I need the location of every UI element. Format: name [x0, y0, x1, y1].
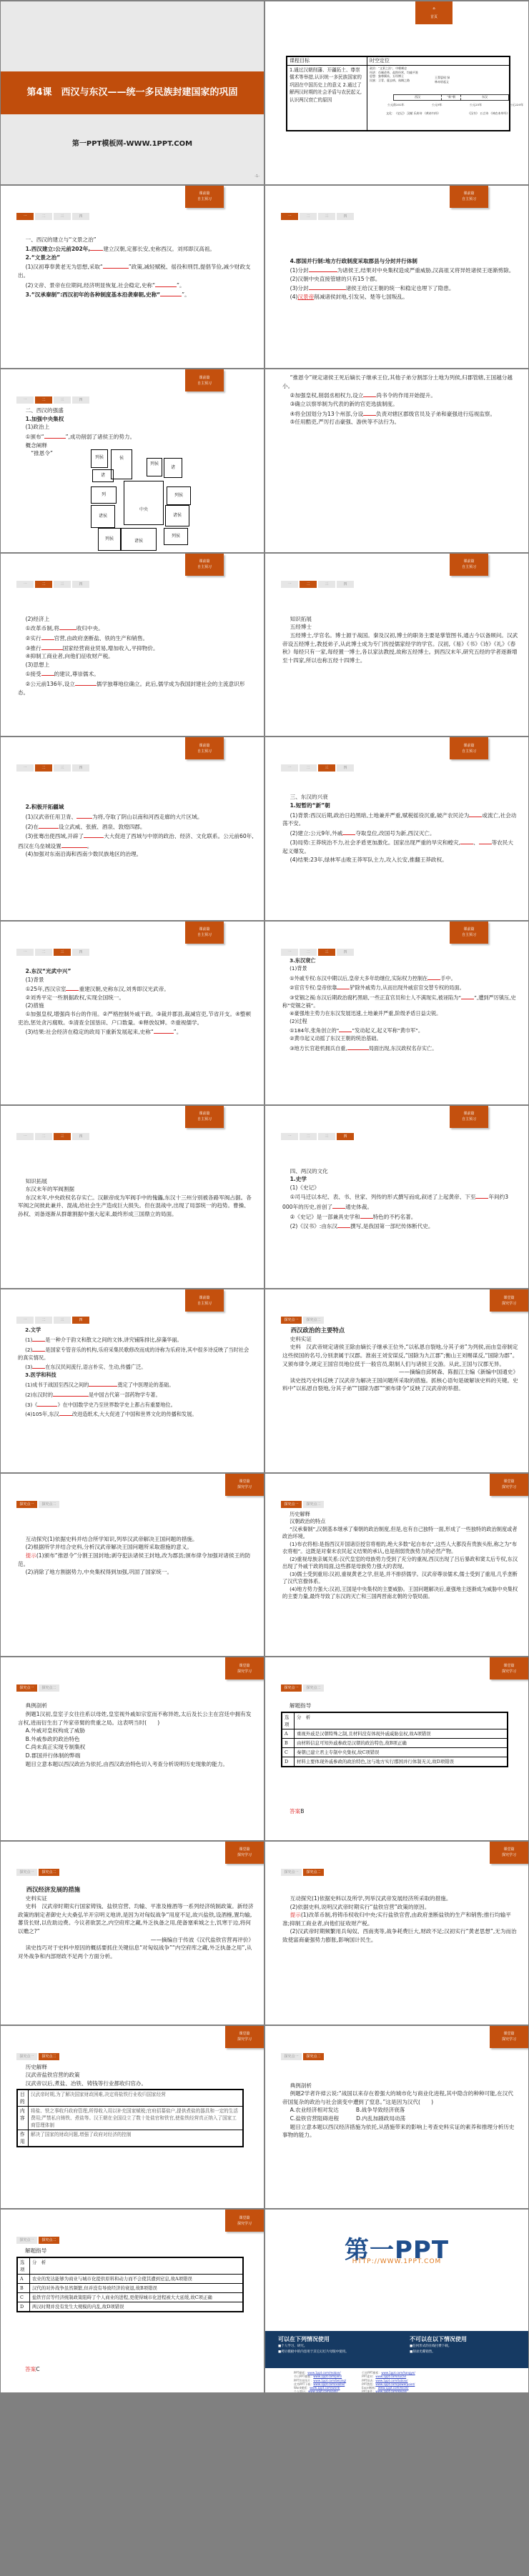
slide-grid: 第4课 西汉与东汉——统一多民族封建国家的巩固 第一PPT模板网-WWW.1PP… — [0, 0, 529, 2394]
section-tabs: 一二三四 — [281, 1133, 354, 1140]
tab-2[interactable]: 二 — [300, 764, 317, 772]
section-tabs: 一二三四 — [16, 581, 89, 588]
section-tabs: 探究点一探究点二 — [16, 1869, 59, 1876]
slide-explore-2c[interactable]: 课堂篇探究学习 探究点一探究点二 历史解释 汉武帝盐铁官营的政策 汉武帝以后,煮… — [1, 2026, 264, 2209]
tab-explore-2[interactable]: 探究点二 — [39, 2053, 59, 2060]
section-tabs: 探究点一探究点二 — [16, 1501, 59, 1508]
slide-body: 4.郡国并行制:地方行政制度采取郡县与分封并行体制 (1)分封为诸侯王,结果对中… — [282, 257, 518, 301]
tab-explore-2[interactable]: 探究点二 — [303, 1684, 324, 1692]
tab-3[interactable]: 三 — [54, 581, 71, 588]
slide-preview-4a[interactable]: 课前篇自主预习 一二三四 四、两汉的文化 1.史学 (1)《史记》 ①司马迁以本… — [265, 1106, 528, 1289]
tab-3[interactable]: 三 — [54, 396, 71, 404]
section-badge: 课堂篇探究学习 — [490, 1842, 528, 1864]
tab-1[interactable]: 一 — [281, 213, 298, 220]
section-tabs: 探究点一探究点二 — [281, 2053, 324, 2060]
option-a: A.外戚对皇权构成了威胁 — [18, 1727, 254, 1735]
section-tabs: 探究点一探究点二 — [16, 1684, 59, 1692]
slide-preview-2d[interactable]: 课前篇自主预习 一二三四 2.积极开拓疆域 (1)汉武帝任用卫青、为将,夺取了阴… — [1, 737, 264, 920]
slide-body: 典例剖析 例题2学者许倬云说:“战国以来存在着强大的城市化与商业化进程,其中隐含… — [282, 2082, 518, 2140]
tab-4[interactable]: 四 — [337, 949, 354, 956]
tab-3[interactable]: 三 — [54, 949, 71, 956]
tab-1[interactable]: 一 — [281, 949, 298, 956]
option-c: C.尚未真正实现专制集权 — [18, 1743, 254, 1752]
tab-1[interactable]: 一 — [16, 581, 34, 588]
tab-explore-2[interactable]: 探究点二 — [39, 2237, 59, 2244]
section-badge: 课堂篇探究学习 — [490, 1657, 528, 1679]
tab-2[interactable]: 二 — [300, 949, 317, 956]
slide-body: 西汉经济发展的措施 史料实证 史料 汉武帝时期实行国家铸钱、盐铁官营、均输、平准… — [18, 1886, 254, 1960]
slide-preview-2b[interactable]: “推恩令”规定诸侯王死后嫡长子继承王位,其他子弟分割部分土地为列侯,归郡管辖,王… — [265, 369, 528, 552]
tab-1[interactable]: 一 — [16, 396, 34, 404]
usage-terms: 可以在下列情况使用■个人学习、研究。■拷贝模板中的内容用于其它幻灯片母版中使用。… — [265, 2331, 528, 2368]
watermark: 第一PPT模板网-WWW.1PPT.COM — [1, 140, 264, 149]
section-badge: 课堂篇探究学习 — [225, 1842, 264, 1864]
section-badge: 课堂篇探究学习 — [225, 2210, 264, 2232]
section-tabs: 一二三四 — [281, 764, 354, 772]
tab-1[interactable]: 一 — [281, 764, 298, 772]
slide-body: 3.东汉衰亡 (1)背景 ①外戚专权:东汉中期以后,皇帝大多年幼继位,实际权力控… — [282, 957, 518, 1053]
slide-knowledge-wujing[interactable]: 课前篇自主预习 一二三四 知识拓展 五经博士 五经博士,学官名。博士源于战国。秦… — [265, 554, 528, 737]
tab-3[interactable]: 三 — [318, 213, 335, 220]
tab-4[interactable]: 四 — [72, 1133, 89, 1140]
tab-explore-2[interactable]: 探究点二 — [39, 1684, 59, 1692]
tab-explore-2[interactable]: 探究点二 — [303, 1869, 324, 1876]
section-tabs: 探究点一探究点二 — [16, 2053, 59, 2060]
tab-2[interactable]: 二 — [300, 581, 317, 588]
slide-explore-2b[interactable]: 课堂篇探究学习 探究点一探究点二 互动探究(1)依据史料以及所学,列举汉武帝发展… — [265, 1842, 528, 2025]
objectives-table: 课程目标时空定位 1.通过汉朝削藩、开疆拓土、尊崇儒术等举措,认识统一多民族国家… — [286, 56, 510, 131]
slide-solution-2[interactable]: 课堂篇探究学习 探究点一探究点二 解题指导 选项分 析 A农业的发达能够为商业与… — [1, 2210, 264, 2392]
section-badge: 课前篇自主预习 — [185, 554, 224, 576]
tab-explore-1[interactable]: 探究点一 — [16, 1684, 37, 1692]
tab-4[interactable]: 四 — [72, 949, 89, 956]
course-goals: 1.通过汉朝削藩、开疆拓土、尊崇儒术等举措,认识统一多民族国家的巩固在中国历史上… — [287, 66, 367, 131]
timeline-arrow: 西汉 “新”朝 东汉 — [393, 94, 509, 101]
solution-table: 选项分 析 A重视外戚是汉朝特殊之制,且材料没有体现外戚威胁皇权,故A项错误 B… — [281, 1712, 508, 1767]
slide-body: 2.文学 (1)是一种介于韵文和散文之间的文体,讲究铺陈排比,辞藻华丽。 (2)… — [18, 1327, 254, 1419]
slide-explore-1c[interactable]: 课堂篇探究学习 探究点一探究点二 历史解释 汉朝政治的特点 “汉承秦制”,汉朝基… — [265, 1474, 528, 1657]
section-tabs: 一二三四 — [16, 1317, 89, 1324]
option-d: D.内乱加剧政局动荡 — [356, 2115, 405, 2122]
section-tabs: 一二三四 — [16, 764, 89, 772]
hint-label: 提示 — [26, 1552, 36, 1559]
section-badge: 课前篇自主预习 — [450, 554, 488, 576]
section-tabs: 一二三四 — [281, 949, 354, 956]
tab-2[interactable]: 二 — [35, 396, 52, 404]
tab-1[interactable]: 一 — [281, 1133, 298, 1140]
section-tabs: 一二三四 — [16, 213, 89, 220]
slide-explore-1a[interactable]: 课堂篇探究学习 探究点一探究点二 西汉政治的主要特点 史料实证 史料 汉武帝规定… — [265, 1289, 528, 1472]
tab-1[interactable]: 一 — [16, 1317, 34, 1324]
slide-body: 历史解释 汉武帝盐铁官营的政策 汉武帝以后,煮盐、冶铁、铸钱等行业都收归官办。 — [18, 2063, 254, 2088]
option-d: D.郡国并行体制的弊端 — [18, 1752, 254, 1760]
slide-body: 西汉政治的主要特点 史料实证 史料 汉武帝规定诸侯王除由嫡长子继承王位外,“以私… — [282, 1327, 518, 1393]
section-tabs: 探究点一探究点二 — [281, 1317, 324, 1324]
section-tabs: 一二三四 — [281, 213, 354, 220]
tab-2[interactable]: 二 — [35, 1133, 52, 1140]
resource-links: PPT模板：www.1ppt.com/moban/ 节日PPT模板：www.1p… — [294, 2371, 514, 2392]
tab-3[interactable]: 三 — [54, 1317, 71, 1324]
slide-body: (2)经济上 ①改革币制,将收归中央。 ②实行官营,由政府垄断盐、铁的生产和销售… — [18, 615, 254, 697]
section-badge: 课前篇自主预习 — [450, 186, 488, 208]
slide-preview-1b[interactable]: 课前篇自主预习 一二三四 4.郡国并行制:地方行政制度采取郡县与分封并行体制 (… — [265, 186, 528, 369]
lesson-title: 第4课 西汉与东汉——统一多民族封建国家的巩固 — [1, 71, 264, 114]
tab-2[interactable]: 二 — [35, 949, 52, 956]
tab-4[interactable]: 四 — [72, 396, 89, 404]
tab-1[interactable]: 一 — [16, 1133, 34, 1140]
tab-2[interactable]: 二 — [300, 1133, 317, 1140]
hint-label: 提示 — [290, 1912, 301, 1918]
slide-body: 一、西汉的建立与“文景之治” 1.西汉建立:公元前202年,建立汉朝,定都长安,… — [18, 236, 254, 299]
timeline: 政治：“文景之治”，中朝刺史 经济：币制改革、盐铁经营、均输平准 思想：独尊儒术… — [367, 66, 510, 131]
home-button[interactable]: ⌂首页 — [415, 1, 453, 24]
tab-4[interactable]: 四 — [337, 213, 354, 220]
slide-preview-2a[interactable]: 课前篇自主预习 一二三四 二、西汉的强盛 1.加强中央集权 (1)政治上 ①颁布… — [1, 369, 264, 552]
slide-body: 互动探究(1)依据史料以及所学,列举汉武帝发展经济所采取的措施。 (2)依据史料… — [282, 1894, 518, 1945]
section-badge: 课前篇自主预习 — [185, 737, 224, 759]
section-badge: 课前篇自主预习 — [185, 186, 224, 208]
option-a: A.农业经济相对发达 — [290, 2107, 339, 2113]
tab-4[interactable]: 四 — [72, 1317, 89, 1324]
tab-4[interactable]: 四 — [72, 764, 89, 772]
tab-explore-1[interactable]: 探究点一 — [16, 1501, 37, 1508]
tab-explore-2[interactable]: 探究点二 — [39, 1869, 59, 1876]
tab-explore-1[interactable]: 探究点一 — [281, 1501, 302, 1508]
section-badge: 课堂篇探究学习 — [490, 1474, 528, 1496]
slide-preview-3b[interactable]: 课前篇自主预习 一二三四 2.东汉“光武中兴” (1)背景 ①25年,西汉宗室重… — [1, 922, 264, 1104]
tab-explore-2[interactable]: 探究点二 — [303, 2053, 324, 2060]
tab-1[interactable]: 一 — [16, 949, 34, 956]
option-b: B.战争导致经济衰落 — [356, 2107, 405, 2113]
slide-preview-2c[interactable]: 课前篇自主预习 一二三四 (2)经济上 ①改革币制,将收归中央。 ②实行官营,由… — [1, 554, 264, 737]
section-tabs: 探究点一探究点二 — [16, 2237, 59, 2244]
tab-explore-1[interactable]: 探究点一 — [16, 1869, 37, 1876]
option-b: B.外戚参政的政治特色 — [18, 1735, 254, 1744]
tab-explore-2[interactable]: 探究点二 — [39, 1501, 59, 1508]
link[interactable]: www.1ppt.com/jianli/ — [308, 2390, 338, 2392]
tab-4[interactable]: 四 — [72, 581, 89, 588]
section-badge: 课前篇自主预习 — [185, 1289, 224, 1312]
section-badge: 课堂篇探究学习 — [225, 2026, 264, 2048]
section-badge: 课前篇自主预习 — [450, 737, 488, 759]
tab-2[interactable]: 二 — [35, 764, 52, 772]
section-badge: 课前篇自主预习 — [185, 922, 224, 944]
section-badge: 课前篇自主预习 — [450, 922, 488, 944]
tab-1[interactable]: 一 — [281, 581, 298, 588]
tab-explore-1[interactable]: 探究点一 — [281, 2053, 302, 2060]
solution-table: 选项分 析 A农业的发达能够为商业与城市化提供原料和动力而不会使其遭到窒息,故A… — [16, 2257, 244, 2312]
tab-explore-1[interactable]: 探究点一 — [281, 1684, 302, 1692]
section-badge: 课前篇自主预习 — [450, 1106, 488, 1128]
section-badge: 课堂篇探究学习 — [490, 1289, 528, 1312]
tab-2[interactable]: 二 — [35, 581, 52, 588]
tab-explore-1[interactable]: 探究点一 — [16, 2237, 37, 2244]
slide-body: 三、东汉的兴衰 1.短暂的“新”朝 (1)背景:西汉后期,政治日趋黑暗,土地兼并… — [282, 793, 518, 864]
slide-body: 历史解释 汉朝政治的特点 “汉承秦制”,汉朝基本继承了秦朝的政治制度,但是,也有… — [282, 1511, 518, 1601]
section-badge: 课前篇自主预习 — [185, 1106, 224, 1128]
slide-brand-end[interactable]: 第一PPT HTTP://WWW.1PPT.COM 可以在下列情况使用■个人学习… — [265, 2210, 528, 2392]
answer: 答案C — [25, 2365, 40, 2374]
tab-1[interactable]: 一 — [16, 764, 34, 772]
section-badge: 课堂篇探究学习 — [225, 1474, 264, 1496]
link[interactable]: www.1ppt.com/kejian/ — [375, 2390, 407, 2392]
page-number: -1- — [254, 173, 259, 181]
section-tabs: 一二三四 — [16, 949, 89, 956]
slide-body: 四、两汉的文化 1.史学 (1)《史记》 ①司马迁以本纪、表、书、世家、列传的形… — [282, 1167, 518, 1231]
tab-2[interactable]: 二 — [35, 213, 52, 220]
tab-3[interactable]: 三 — [318, 1133, 335, 1140]
section-tabs: 一二三四 — [281, 581, 354, 588]
slide-explore-1b[interactable]: 课堂篇探究学习 探究点一探究点二 互动探究(1)依据史料并结合所学知识,列举汉武… — [1, 1474, 264, 1657]
section-badge: 课堂篇探究学习 — [490, 2026, 528, 2048]
tab-4[interactable]: 四 — [337, 764, 354, 772]
section-tabs: 一二三四 — [16, 1133, 89, 1140]
tab-3[interactable]: 三 — [318, 764, 335, 772]
tab-4[interactable]: 四 — [337, 1133, 354, 1140]
tab-2[interactable]: 二 — [35, 1317, 52, 1324]
slide-body: 2.东汉“光武中兴” (1)背景 ①25年,西汉宗室重建汉朝,史称东汉,刘秀即汉… — [18, 967, 254, 1037]
slide-body: 知识拓展 五经博士 五经博士,学官名。博士源于战国。秦及汉初,博士的职务主要是掌… — [282, 615, 518, 665]
tui-en-ling-map: 列侯 侯 诸 列侯 诸 列 诸侯 中央 列侯 诸侯 列侯 诸侯 列侯 — [89, 448, 191, 551]
brand-logo: 第一PPT HTTP://WWW.1PPT.COM — [265, 2247, 528, 2266]
answer: 答案B — [290, 1807, 304, 1816]
tab-2[interactable]: 二 — [300, 213, 317, 220]
tab-3[interactable]: 三 — [54, 764, 71, 772]
slide-body: “推恩令”规定诸侯王死后嫡长子继承王位,其他子弟分割部分土地为列侯,归郡管辖,王… — [282, 374, 518, 426]
tab-explore-1[interactable]: 探究点一 — [16, 2053, 37, 2060]
section-tabs: 探究点一探究点二 — [281, 1869, 324, 1876]
section-tabs: 探究点一探究点二 — [281, 1684, 324, 1692]
tab-explore-2[interactable]: 探究点二 — [303, 1317, 324, 1324]
slide-knowledge-warlords[interactable]: 课前篇自主预习 一二三四 知识拓展 东汉末年的军阀割据 东汉末年,中央政权名存实… — [1, 1106, 264, 1289]
tab-3[interactable]: 三 — [54, 213, 71, 220]
slide-body: 2.积极开拓疆域 (1)汉武帝任用卫青、为将,夺取了阴山以南和河西走廊的大片区域… — [18, 803, 254, 859]
slide-example-2[interactable]: 课堂篇探究学习 探究点一探究点二 典例剖析 例题2学者许倬云说:“战国以来存在着… — [265, 2026, 528, 2209]
slide-body: 知识拓展 东汉末年的军阀割据 东汉末年,中央政权名存实亡。汉献帝成为军阀手中的傀… — [18, 1177, 254, 1219]
section-tabs: 探究点一探究点二 — [281, 1501, 324, 1508]
slide-title[interactable]: 第4课 西汉与东汉——统一多民族封建国家的巩固 第一PPT模板网-WWW.1PP… — [1, 1, 264, 184]
slide-body: 典例剖析 例题1汉初,皇室子女往往系以母姓,皇室视外戚如宗室而不称异姓,太后及长… — [18, 1702, 254, 1768]
slide-preview-3c[interactable]: 课前篇自主预习 一二三四 3.东汉衰亡 (1)背景 ①外戚专权:东汉中期以后,皇… — [265, 922, 528, 1104]
slide-body: 互动探究(1)依据史料并结合所学知识,列举汉武帝解决王国问题的措施。 (2)根据… — [18, 1535, 254, 1577]
tab-4[interactable]: 四 — [72, 213, 89, 220]
section-tabs: 一二三四 — [16, 396, 89, 404]
slide-preview-4b[interactable]: 课前篇自主预习 一二三四 2.文学 (1)是一种介于韵文和散文之间的文体,讲究铺… — [1, 1289, 264, 1472]
tab-3[interactable]: 三 — [318, 949, 335, 956]
slide-objectives[interactable]: ⌂首页 课程目标时空定位 1.通过汉朝削藩、开疆拓土、尊崇儒术等举措,认识统一多… — [265, 1, 528, 184]
home-icon: ⌂ — [432, 6, 435, 11]
tab-1[interactable]: 一 — [16, 213, 34, 220]
slide-solution-1[interactable]: 课堂篇探究学习 探究点一探究点二 解题指导 选项分 析 A重视外戚是汉朝特殊之制… — [265, 1657, 528, 1840]
tab-4[interactable]: 四 — [337, 581, 354, 588]
slide-example-1[interactable]: 课堂篇探究学习 探究点一探究点二 典例剖析 例题1汉初,皇室子女往往系以母姓,皇… — [1, 1657, 264, 1840]
tab-explore-1[interactable]: 探究点一 — [281, 1317, 302, 1324]
slide-preview-3a[interactable]: 课前篇自主预习 一二三四 三、东汉的兴衰 1.短暂的“新”朝 (1)背景:西汉后… — [265, 737, 528, 920]
tab-3[interactable]: 三 — [54, 1133, 71, 1140]
option-c: C.盐铁官营阻碍进程 — [290, 2115, 339, 2122]
slide-explore-2a[interactable]: 课堂篇探究学习 探究点一探究点二 西汉经济发展的措施 史料实证 史料 汉武帝时期… — [1, 1842, 264, 2025]
salt-iron-table: 目的汉武帝时期,为了解决国家财政困难,决定将盐铁行业收归国家经营 内容将盐、铁之… — [16, 2089, 244, 2147]
section-badge: 课堂篇探究学习 — [225, 1657, 264, 1679]
tab-3[interactable]: 三 — [318, 581, 335, 588]
tab-explore-1[interactable]: 探究点一 — [281, 1869, 302, 1876]
section-badge: 课前篇自主预习 — [185, 369, 224, 391]
slide-preview-1a[interactable]: 课前篇自主预习 一二三四 一、西汉的建立与“文景之治” 1.西汉建立:公元前20… — [1, 186, 264, 369]
tab-explore-2[interactable]: 探究点二 — [303, 1501, 324, 1508]
